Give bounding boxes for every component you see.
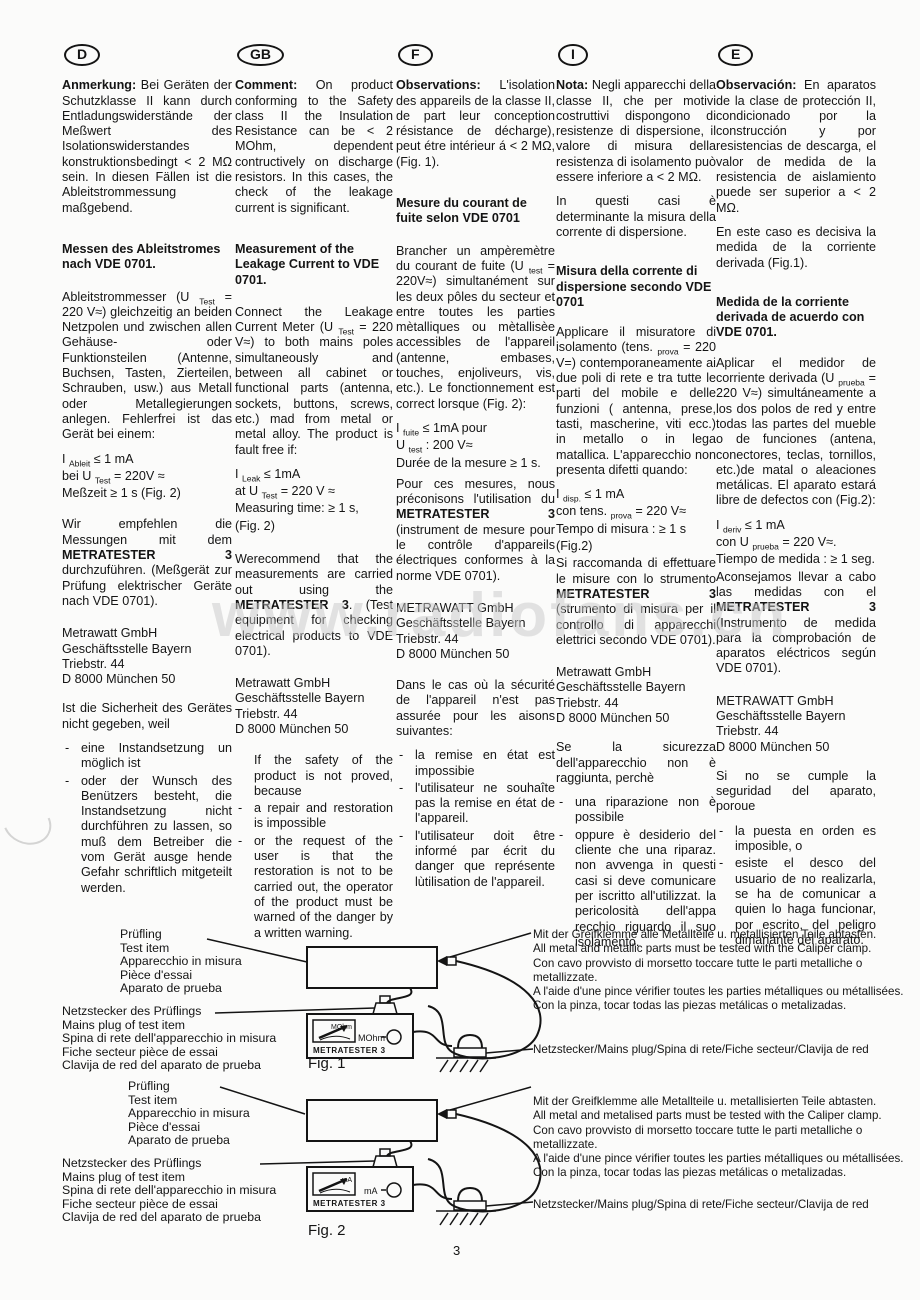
label-line: Spina di rete dell'apparecchio in misura [62,1032,276,1046]
paragraph: Dans le cas où la sécurité de l'appareil… [396,678,555,739]
formula-line: (Fig.2) [556,539,716,554]
address-line: METRAWATT GmbH [396,601,555,616]
paragraph: Nota: Negli apparecchi della classe II, … [556,78,716,185]
address-line: Geschäftsstelle Bayern [556,680,716,695]
list-item: a repair and restoration is impossible [235,801,393,832]
column-french: F Observations: L'isolation des appareil… [396,44,555,892]
paragraph: Applicare il misuratore di isolamento (t… [556,325,716,478]
paragraph: Si no se cumple la seguridad del aparato… [716,769,876,815]
fig2-leader-lines [220,1087,531,1164]
section-heading: Misura della corrente di dispersione sec… [556,264,716,310]
spacer [716,686,876,690]
fig2-meter-labels: mA mA METRATESTER 3 [313,1177,386,1208]
list-item: la puesta en orden es imposible, o [716,824,876,855]
formula-line: Meßzeit ≥ 1 s (Fig. 2) [62,486,232,501]
column-italian: I Nota: Negli apparecchi della classe II… [556,44,716,952]
formula-line: con tens. prova = 220 V≈ [556,504,716,519]
formula-line: I Ableit ≤ 1 mA [62,452,232,467]
section-heading: Medida de la corriente derivada de acuer… [716,295,876,341]
label-line: All metal and metallic parts must be tes… [533,942,911,956]
fig1-plug-note: Netzstecker/Mains plug/Spina di rete/Fic… [533,1043,911,1057]
label-line: Netzstecker des Prüflings [62,1005,276,1019]
list-item: l'utilisateur ne souhaîte pas la remise … [396,781,555,827]
language-badge-d: D [64,44,100,66]
page-number: 3 [453,1243,460,1258]
svg-text:MOhm: MOhm [331,1024,352,1031]
label-line: Clavija de red del aparato de prueba [62,1059,276,1073]
formula-line: I Leak ≤ 1mA [235,467,393,482]
address-line: Metrawatt GmbH [556,665,716,680]
spacer [716,280,876,288]
label-line: Con la pinza, tocar todas las piezas met… [533,999,911,1013]
address-line: Geschäftsstelle Bayern [716,709,876,724]
spacer [62,618,232,622]
formula-line: con U prueba = 220 V≈. [716,535,876,550]
label-line: Spina di rete dell'apparecchio in misura [62,1184,276,1198]
section-heading: Mesure du courant de fuite selon VDE 070… [396,196,555,227]
label-line: Test item [120,942,242,956]
paragraph: En este caso es decisiva la medida de la… [716,225,876,271]
svg-text:METRATESTER 3: METRATESTER 3 [313,1199,386,1208]
label-line: Apparecchio in misura [120,955,242,969]
address-line: Triebstr. 44 [396,632,555,647]
address-line: Triebstr. 44 [556,696,716,711]
svg-text:mA: mA [364,1186,378,1196]
paragraph: Connect the Leakage Current Meter (U Tes… [235,305,393,458]
column-german: D Anmerkung: Bei Geräten der Schutzklass… [62,44,232,898]
label-line: Netzstecker des Prüflings [62,1157,276,1171]
label-line: Con la pinza, tocar todas las piezas met… [533,1166,911,1180]
fig1-leader-lines [207,933,531,1013]
list-item: or the request of the user is that the r… [235,834,393,941]
address-line: D 8000 München 50 [62,672,232,687]
address-block: METRAWATT GmbHGeschäftsstelle BayernTrie… [716,694,876,755]
svg-text:METRATESTER 3: METRATESTER 3 [313,1046,386,1055]
address-line: Metrawatt GmbH [62,626,232,641]
column-spanish: E Observación: En aparatos de la clase d… [716,44,876,950]
formula-line: I fuite ≤ 1mA pour [396,421,555,436]
label-line: Mains plug of test item [62,1171,276,1185]
fig1-clamp-note: Mit der Greifklemme alle Metallteile u. … [533,928,911,1014]
section-heading: Measurement of the Leakage Current to VD… [235,242,393,288]
list-item: eine Instandsetzung un möglich ist [62,741,232,772]
formula-line: I deriv ≤ 1 mA [716,518,876,533]
manual-page: D Anmerkung: Bei Geräten der Schutzklass… [0,0,920,1300]
label-line: A l'aide d'une pince vérifier toutes les… [533,985,911,999]
address-line: Metrawatt GmbH [235,676,393,691]
formula-line: Tiempo de medida : ≥ 1 seg. [716,552,876,567]
language-badge-gb: GB [237,44,284,66]
list-item: la remise en état est impossibie [396,748,555,779]
spacer [556,657,716,661]
spacer [235,536,393,552]
paragraph: Observación: En aparatos de la clase de … [716,78,876,216]
fig2-plug-note: Netzstecker/Mains plug/Spina di rete/Fic… [533,1198,911,1212]
svg-text:MOhm: MOhm [358,1033,385,1043]
label-line: Pièce d'essai [120,969,242,983]
address-block: Metrawatt GmbHGeschäftsstelle BayernTrie… [235,676,393,737]
spacer [396,593,555,597]
formula-line: (Fig. 2) [235,519,393,534]
paragraph: Werecommend that the measurements are ca… [235,552,393,659]
address-line: D 8000 München 50 [556,711,716,726]
spacer [556,249,716,257]
paragraph: Pour ces mesures, nous préconisons l'uti… [396,477,555,584]
label-line: A l'aide d'une pince vérifier toutes les… [533,1152,911,1166]
label-line: Clavija de red del aparato de prueba [62,1211,276,1225]
section-heading: Messen des Ableitstromes nach VDE 0701. [62,242,232,273]
language-badge-i: I [558,44,588,66]
address-line: Triebstr. 44 [716,724,876,739]
paragraph: Se la sicurezza dell'apparecchio non è r… [556,740,716,786]
spacer [235,668,393,672]
label-line: Fiche secteur pièce de essai [62,1046,276,1060]
label-line: Pièce d'essai [128,1121,250,1135]
address-line: Triebstr. 44 [235,707,393,722]
address-block: Metrawatt GmbHGeschäftsstelle BayernTrie… [556,665,716,726]
language-badge-e: E [718,44,753,66]
formula-line: Tempo di misura : ≥ 1 s [556,522,716,537]
formula-line: U test : 200 V≈ [396,438,555,453]
paragraph: Anmerkung: Bei Geräten der Schutzklasse … [62,78,232,216]
paragraph: Ableitstrommesser (U Test = 220 V≈) glei… [62,290,232,443]
address-line: Triebstr. 44 [62,657,232,672]
paragraph: In questi casi è determinante la misura … [556,194,716,240]
fig1-mains-plug-labels: Netzstecker des PrüflingsMains plug of t… [62,1005,276,1073]
label-line: Prüfling [120,928,242,942]
column-english: GB Comment: On product conforming to the… [235,44,393,943]
fig1-meter-labels: MOhm MOhm METRATESTER 3 [313,1024,386,1055]
address-line: D 8000 München 50 [235,722,393,737]
address-block: Metrawatt GmbHGeschäftsstelle BayernTrie… [62,626,232,687]
label-line: Con cavo provvisto di morsetto toccare t… [533,1124,911,1153]
label-line: Test item [128,1094,250,1108]
label-line: Apparecchio in misura [128,1107,250,1121]
spacer [235,225,393,235]
label-line: Fiche secteur pièce de essai [62,1198,276,1212]
label-line: Mains plug of test item [62,1019,276,1033]
address-line: D 8000 München 50 [716,740,876,755]
formula-line: I disp. ≤ 1 mA [556,487,716,502]
formula-line: Measuring time: ≥ 1 s, [235,501,393,516]
formula-line: Durée de la mesure ≥ 1 s. [396,456,555,471]
address-line: Geschäftsstelle Bayern [235,691,393,706]
paragraph: Observations: L'isolation des appareils … [396,78,555,170]
label-line: Prüfling [128,1080,250,1094]
address-line: Geschäftsstelle Bayern [62,642,232,657]
label-line: Mit der Greifklemme alle Metallteile u. … [533,1095,911,1109]
paragraph: Brancher un ampèremètre du courant de fu… [396,244,555,412]
spacer [62,225,232,235]
address-block: METRAWATT GmbHGeschäftsstelle BayernTrie… [396,601,555,662]
label-line: Con cavo provvisto di morsetto toccare t… [533,957,911,986]
label-line: Aparato de prueba [120,982,242,996]
fig2-mains-plug-labels: Netzstecker des PrüflingsMains plug of t… [62,1157,276,1225]
spacer [396,179,555,189]
address-line: Geschäftsstelle Bayern [396,616,555,631]
paragraph: Comment: On product conforming to the Sa… [235,78,393,216]
paragraph: Wir empfehlen die Messungen mit dem METR… [62,517,232,609]
list-item: If the safety of the product is not prov… [235,753,393,799]
formula-line: bei U Test = 220V ≈ [62,469,232,484]
paragraph: Si raccomanda di effettuare le misure co… [556,556,716,648]
list-item: oder der Wunsch des Benützers besteht, d… [62,774,232,896]
list-item: l'utilisateur doit être informé par écri… [396,829,555,890]
language-badge-f: F [398,44,433,66]
list-item: una riparazione non è possibile [556,795,716,826]
fig2-clamp-note: Mit der Greifklemme alle Metallteile u. … [533,1095,911,1181]
label-line: Mit der Greifklemme alle Metallteile u. … [533,928,911,942]
label-line: All metal and metalised parts must be te… [533,1109,911,1123]
paragraph: Aplicar el medidor de corriente derivada… [716,356,876,509]
fig1-caption: Fig. 1 [308,1055,346,1072]
address-line: METRAWATT GmbH [716,694,876,709]
spacer [62,503,232,517]
svg-text:mA: mA [342,1177,353,1184]
fig2-caption: Fig. 2 [308,1222,346,1239]
label-line: Aparato de prueba [128,1134,250,1148]
formula-line: at U Test = 220 V ≈ [235,484,393,499]
fig2-test-item-labels: PrüflingTest itemApparecchio in misuraPi… [128,1080,250,1148]
paragraph: Aconsejamos llevar a cabo las medidas co… [716,570,876,677]
fig1-test-item-labels: PrüflingTest itemApparecchio in misuraPi… [120,928,242,996]
paragraph: Ist die Sicherheit des Gerätes nicht geg… [62,701,232,732]
address-line: D 8000 München 50 [396,647,555,662]
